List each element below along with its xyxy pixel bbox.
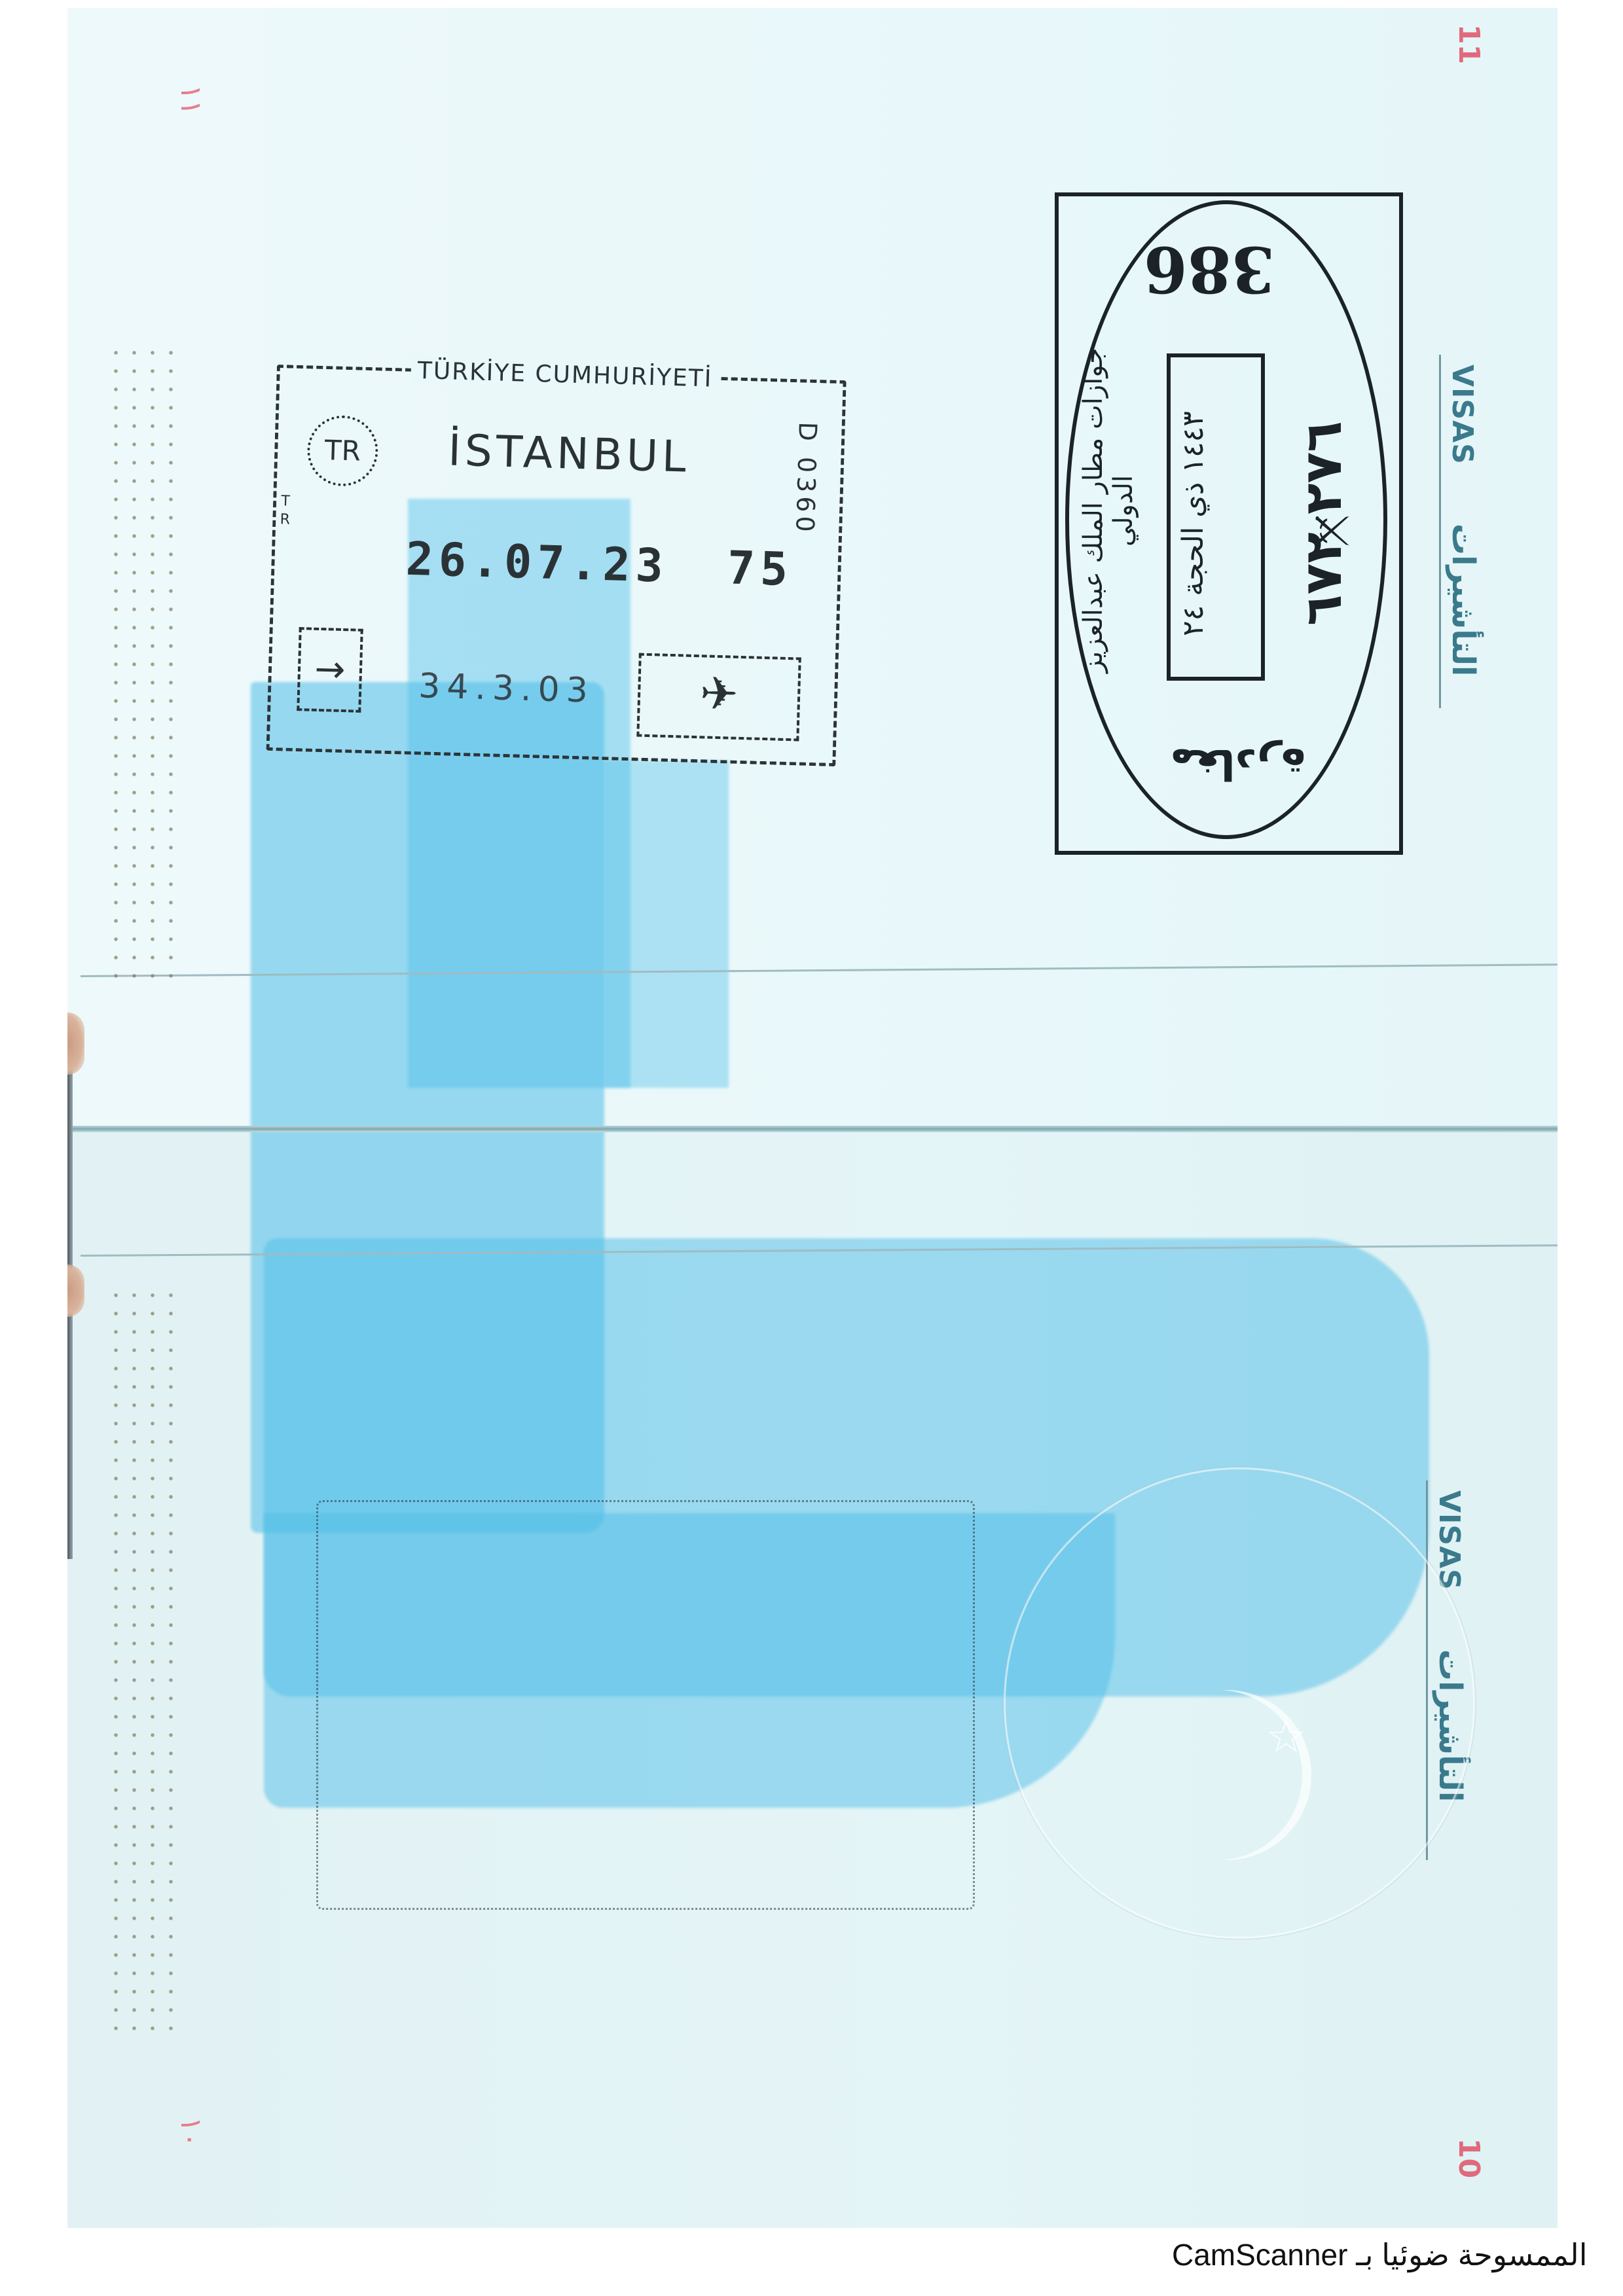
finger [67,1013,84,1075]
label-underline [1439,355,1441,708]
hijri-year: ١٤٤٣ [1176,411,1210,473]
stamp-arc-text: جوازات مطار الملك عبدالعزيز الدولي [1078,327,1150,694]
scanner-watermark: الممسوحة ضوئيا بـ CamScanner [1172,2237,1587,2272]
stamp-side-right: D 0360 [790,422,822,536]
faded-stamp [316,1500,975,1910]
stamp-serial: 386 [1144,232,1275,306]
stamp-code: 34.3.03 [418,666,595,710]
visas-label-ar: التأشيرات [1445,524,1482,676]
airplane-icon: ✈ [636,653,801,742]
visas-label-top: VISASالتأشيرات [1445,365,1482,676]
stamp-side-left: T R [278,492,293,529]
passport-scan: 11 ١١ 10 ١٠ VISASالتأشيرات VISASالتأشيرا… [67,8,1558,2228]
ink-wash [604,761,729,1088]
palm-and-swords-icon: ⚔ [1304,511,1358,552]
stamp-hijri-date: ١٤٤٣ ذي الحجة ٢٤ [1176,386,1255,661]
turkey-entry-stamp: TÜRKİYE CUMHURİYETİ TR T R İSTANBUL D 03… [266,365,847,766]
stamp-number: 75 [727,541,794,596]
perforated-number-bottom [107,1291,185,2042]
page-number-arabic-top: ١١ [174,84,208,115]
entry-arrow-icon: → [297,627,363,713]
star-icon: ☆ [1266,1710,1307,1763]
stamp-date: 26.07.23 75 [405,532,794,596]
saudi-departure-stamp: 386 ١٤٤٣ ذي الحجة ٢٤ ٢٧٦ ٦٧٢ ⚔ جوازات مط… [1055,192,1403,855]
page-number-top: 11 [1452,24,1486,64]
stamp-city: İSTANBUL [447,425,690,482]
date-value: 26.07.23 [405,532,669,593]
page-fold [67,1126,1558,1132]
visas-label-en: VISAS [1446,365,1479,465]
hijri-month: ذي الحجة [1176,482,1210,596]
page-number-arabic-bottom: ١٠ [174,2117,208,2147]
stamp-bottom-text: مغادرة [1170,740,1305,788]
hijri-day: ٢٤ [1176,605,1210,636]
page-number-bottom: 10 [1452,2138,1486,2178]
country-code-circle: TR [306,414,379,487]
perforated-number-top [107,348,185,990]
